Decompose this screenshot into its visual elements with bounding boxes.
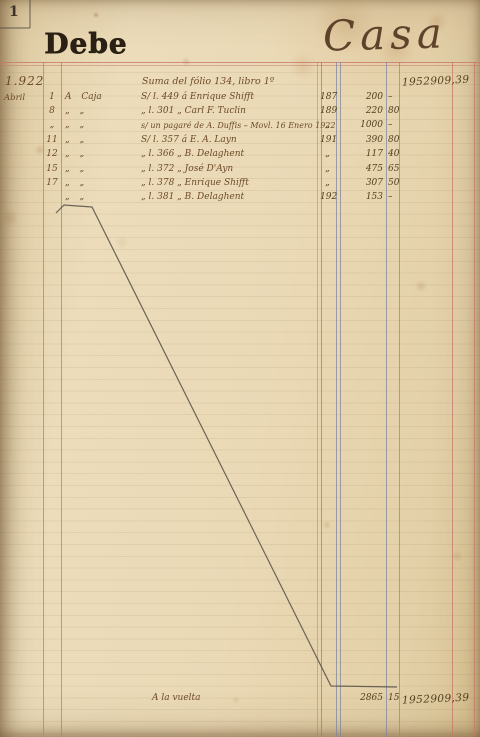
account-title-casa: Casa [322,8,447,60]
entry-amount-cents: – [388,119,401,132]
entry-folio: „ [320,177,335,190]
entry-description: S/ l. 357 á E. A. Layn [141,134,341,147]
ledger-entry-row: 8 „ „ „ l. 301 „ Carl F. Tuclin 189 220 … [0,105,480,118]
entry-account: „ „ [65,148,127,161]
entry-folio: 192 [320,191,335,204]
entry-folio: 187 [320,91,335,104]
entry-amount-cents: 80 [388,105,401,118]
entry-folio: „ [320,163,335,176]
entry-amount-cents: – [388,91,401,104]
year-label: 1.922 [5,74,44,89]
ledger-entry-row: 12 „ „ „ l. 366 „ B. Delaghent „ 117 40 [0,148,480,161]
closing-balance: 1952909,39 [402,690,475,707]
carried-forward-label: A la vuelta [152,691,201,705]
entry-folio: „ [320,148,335,161]
ledger-entry-row: 1 A Caja S/ l. 449 á Enrique Shifft 187 … [0,91,480,104]
page-number: 1 [9,4,19,20]
entry-account: „ „ [65,105,127,118]
entry-amount-pesos: 390 [341,134,383,147]
header-rule-red [0,62,480,63]
entry-folio: 191 [320,134,335,147]
total-amount-cents: 15 [388,691,401,705]
entry-day: 15 [44,163,60,176]
entry-description: „ l. 381 „ B. Delaghent [141,191,341,204]
entry-description: s/ un pagaré de A. Duffis – Movl. 16 Ene… [141,119,341,132]
entry-day: 1 [44,91,60,104]
opening-description: Suma del fólio 134, libro 1º [142,74,342,89]
entry-amount-cents: 40 [388,148,401,161]
entry-account: „ „ [65,191,127,204]
entry-description: S/ l. 449 á Enrique Shifft [141,91,341,104]
entry-account: „ „ [65,177,127,190]
entry-amount-pesos: 220 [341,105,383,118]
ledger-entry-row: 17 „ „ „ l. 378 „ Enrique Shifft „ 307 5… [0,177,480,190]
total-amount-pesos: 2865 [341,691,383,705]
ledger-entry-row: 11 „ „ S/ l. 357 á E. A. Layn 191 390 80 [0,134,480,147]
entry-day: 8 [44,105,60,118]
debit-heading: Debe [44,27,128,60]
entry-day: 12 [44,148,60,161]
ledger-entry-row: „ „ „ s/ un pagaré de A. Duffis – Movl. … [0,119,480,132]
entry-amount-pesos: 117 [341,148,383,161]
entry-amount-cents: – [388,191,401,204]
ledger-page: 1 Debe Casa 1.922 Suma del fólio 134, li… [0,0,480,737]
entry-amount-pesos: 200 [341,91,383,104]
entry-amount-cents: 80 [388,134,401,147]
entry-folio: 189 [320,105,335,118]
entry-amount-pesos: 1000 [341,119,383,132]
entry-amount-pesos: 475 [341,163,383,176]
entry-amount-cents: 50 [388,177,401,190]
entry-description: „ l. 372 „ José D'Ayn [141,163,341,176]
entry-account: A Caja [65,91,127,104]
entry-description: „ l. 366 „ B. Delaghent [141,148,341,161]
entry-amount-pesos: 153 [341,191,383,204]
entry-account: „ „ [65,119,127,132]
entry-day: 17 [44,177,60,190]
entry-account: „ „ [65,163,127,176]
header-rule-red-2 [0,65,480,66]
entry-account: „ „ [65,134,127,147]
footer-row: A la vuelta 2865 15 1952909,39 [0,691,480,705]
opening-balance: 1952909,39 [402,72,475,90]
entry-description: „ l. 378 „ Enrique Shifft [141,177,341,190]
entry-day: 11 [44,134,60,147]
entry-day: „ [44,119,60,132]
entry-description: „ l. 301 „ Carl F. Tuclin [141,105,341,118]
ledger-entry-row: „ „ „ l. 381 „ B. Delaghent 192 153 – [0,191,480,204]
entry-amount-cents: 65 [388,163,401,176]
entry-amount-pesos: 307 [341,177,383,190]
void-diagonal-line [56,205,397,687]
entry-folio: „ [320,119,335,132]
ledger-entry-row: 15 „ „ „ l. 372 „ José D'Ayn „ 475 65 [0,163,480,176]
opening-row: 1.922 Suma del fólio 134, libro 1º 19529… [0,74,480,89]
